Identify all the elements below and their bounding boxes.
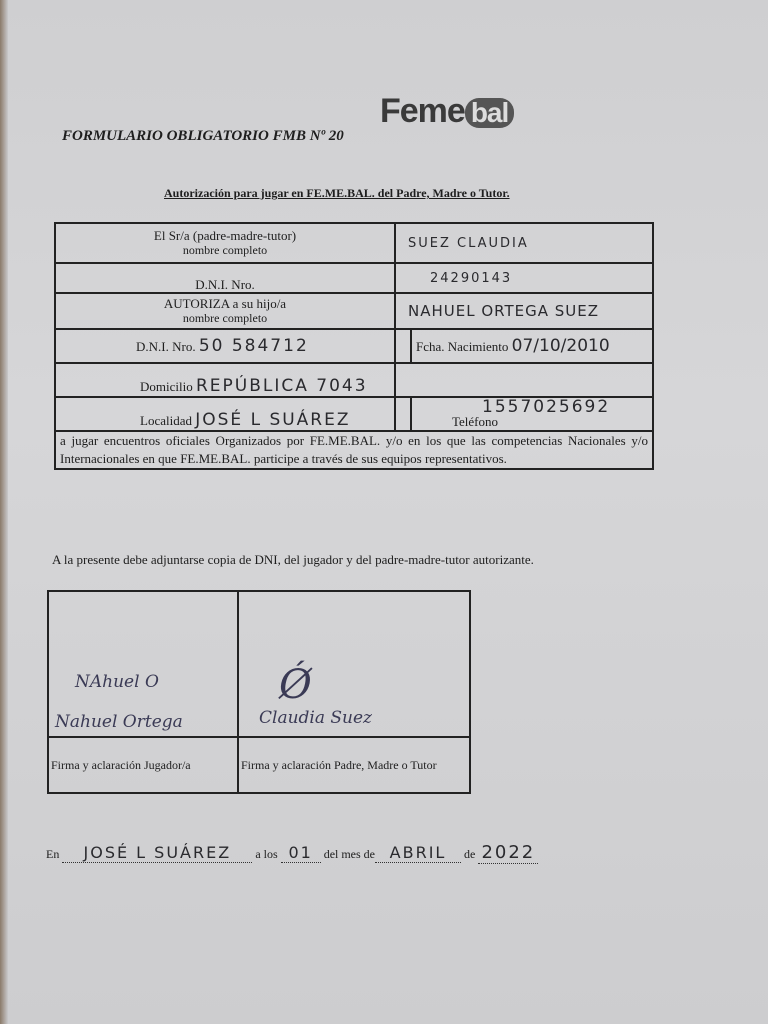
authorization-table: El Sr/a (padre-madre-tutor) nombre compl… — [54, 222, 654, 470]
address-cell: Domicilio REPÚBLICA 7043 — [55, 363, 395, 397]
footer-line: En JOSÉ L SUÁREZ a los 01 del mes deABRI… — [46, 842, 538, 864]
day-field[interactable]: 01 — [281, 843, 321, 863]
phone-value[interactable]: 1557025692 — [482, 400, 648, 414]
attachment-note: A la presente debe adjuntarse copia de D… — [52, 552, 534, 568]
form-title: FORMULARIO OBLIGATORIO FMB Nº 20 — [62, 128, 344, 145]
year-field[interactable]: 2022 — [478, 842, 538, 864]
authorizes-sublabel: nombre completo — [183, 311, 267, 325]
spacer-cell — [395, 397, 411, 431]
address-empty-cell — [395, 363, 653, 397]
child-dni-cell: D.N.I. Nro. 50 584712 — [55, 329, 395, 363]
signature-table: NAhuel O Nahuel Ortega Ǿ Claudia Suez Fi… — [47, 590, 471, 794]
child-name[interactable]: NAHUEL ORTEGA SUEZ — [395, 293, 653, 329]
authorizes-label-cell: AUTORIZA a su hijo/a nombre completo — [55, 293, 395, 329]
birth-label: Fcha. Nacimiento — [416, 339, 508, 354]
spacer-cell — [395, 329, 411, 363]
child-dni[interactable]: 50 584712 — [199, 336, 309, 356]
guardian-signature-scribble: Ǿ — [279, 662, 459, 708]
authorizes-label: AUTORIZA a su hijo/a — [60, 297, 390, 311]
guardian-label-cell: El Sr/a (padre-madre-tutor) nombre compl… — [55, 223, 395, 263]
guardian-clarification[interactable]: Claudia Suez — [259, 708, 459, 728]
locality-value[interactable]: JOSÉ L SUÁREZ — [195, 410, 350, 430]
guardian-name[interactable]: SUEZ CLAUDIA — [395, 223, 653, 263]
address-value[interactable]: REPÚBLICA 7043 — [196, 376, 368, 396]
player-signature[interactable]: NAhuel O — [75, 672, 231, 692]
mes-label: del mes de — [324, 847, 375, 861]
de-label: de — [464, 847, 475, 861]
guardian-caption: Firma y aclaración Padre, Madre o Tutor — [238, 737, 470, 793]
logo-text: Feme — [380, 92, 465, 130]
month-field[interactable]: ABRIL — [375, 843, 461, 863]
guardian-dni-label: D.N.I. Nro. — [55, 263, 395, 293]
phone-label: Teléfono — [452, 414, 498, 429]
player-caption: Firma y aclaración Jugador/a — [48, 737, 238, 793]
guardian-label: El Sr/a (padre-madre-tutor) — [60, 229, 390, 243]
femebal-logo: Femebal — [380, 92, 514, 131]
a-los-label: a los — [255, 847, 277, 861]
birth-date[interactable]: 07/10/2010 — [512, 336, 610, 356]
player-clarification[interactable]: Nahuel Ortega — [55, 712, 231, 732]
guardian-dni[interactable]: 24290143 — [395, 263, 653, 293]
guardian-signature-cell: Ǿ Claudia Suez — [238, 591, 470, 737]
logo-badge: bal — [465, 98, 514, 128]
guardian-sublabel: nombre completo — [183, 243, 267, 257]
en-label: En — [46, 847, 59, 861]
locality-cell: Localidad JOSÉ L SUÁREZ — [55, 397, 395, 431]
child-dni-label: D.N.I. Nro. — [136, 339, 196, 354]
locality-label: Localidad — [140, 413, 192, 428]
authorization-paragraph: a jugar encuentros oficiales Organizados… — [55, 431, 653, 469]
phone-cell: 1557025692 Teléfono — [411, 397, 653, 431]
place-field[interactable]: JOSÉ L SUÁREZ — [62, 843, 252, 863]
paper-edge — [0, 0, 8, 1024]
form-subtitle: Autorización para jugar en FE.ME.BAL. de… — [164, 186, 510, 201]
player-signature-cell: NAhuel O Nahuel Ortega — [48, 591, 238, 737]
birth-cell: Fcha. Nacimiento 07/10/2010 — [411, 329, 653, 363]
address-label: Domicilio — [140, 379, 193, 394]
